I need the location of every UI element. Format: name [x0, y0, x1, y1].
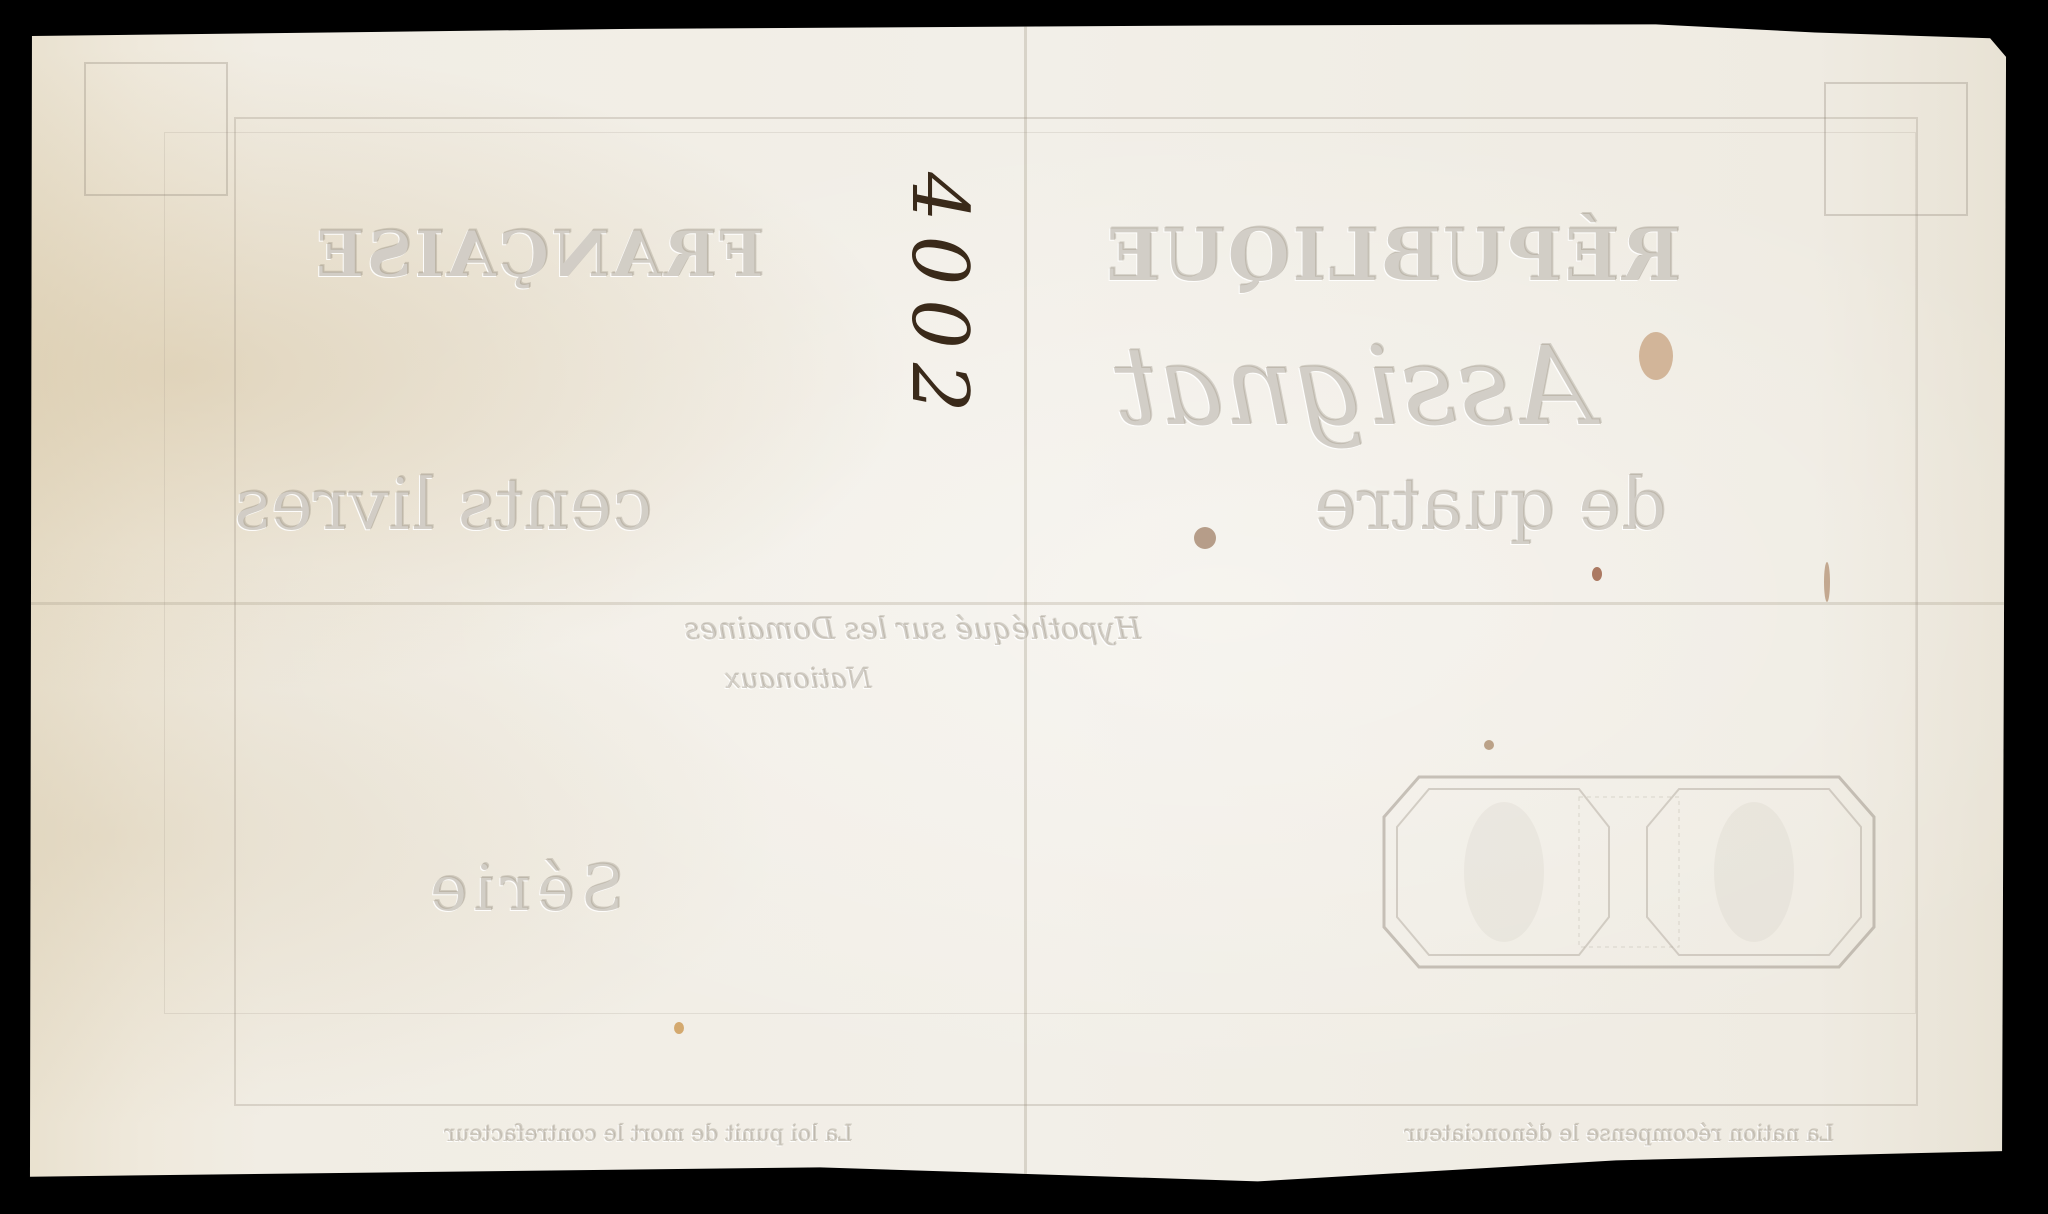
foxing-stain [1194, 527, 1216, 549]
banknote-paper: RÉPUBLIQUE FRANÇAISE Assignat de quatre … [24, 22, 2014, 1186]
embossed-small-text: Hypothéqué sur les Domaines [684, 612, 1141, 647]
foxing-stain [1639, 332, 1673, 380]
embossed-denomination-left: cents livres [234, 462, 653, 546]
corner-ornament-top-right [1824, 82, 1968, 216]
foxing-stain [1824, 562, 1830, 602]
foxing-stain [1484, 740, 1494, 750]
foxing-stain [1592, 567, 1602, 581]
embossed-series: Série [424, 852, 625, 926]
foxing-stain [674, 1022, 684, 1034]
embossed-title-republique: RÉPUBLIQUE [1104, 212, 1681, 297]
embossed-script-assignat: Assignat [1114, 322, 1593, 450]
embossed-title-francaise: FRANÇAISE [314, 217, 764, 292]
corner-ornament-top-left [84, 62, 228, 196]
embossed-footer-left: La loi punit de mort le contrefacteur [444, 1122, 852, 1147]
dry-seal-stamp-icon [1379, 767, 1879, 977]
embossed-small-text-2: Nationaux [724, 662, 871, 695]
handwritten-number: 4002 [894, 172, 984, 427]
embossed-denomination-right: de quatre [1314, 462, 1667, 546]
embossed-footer-right: La nation récompense le dénonciateur [1404, 1122, 1834, 1147]
